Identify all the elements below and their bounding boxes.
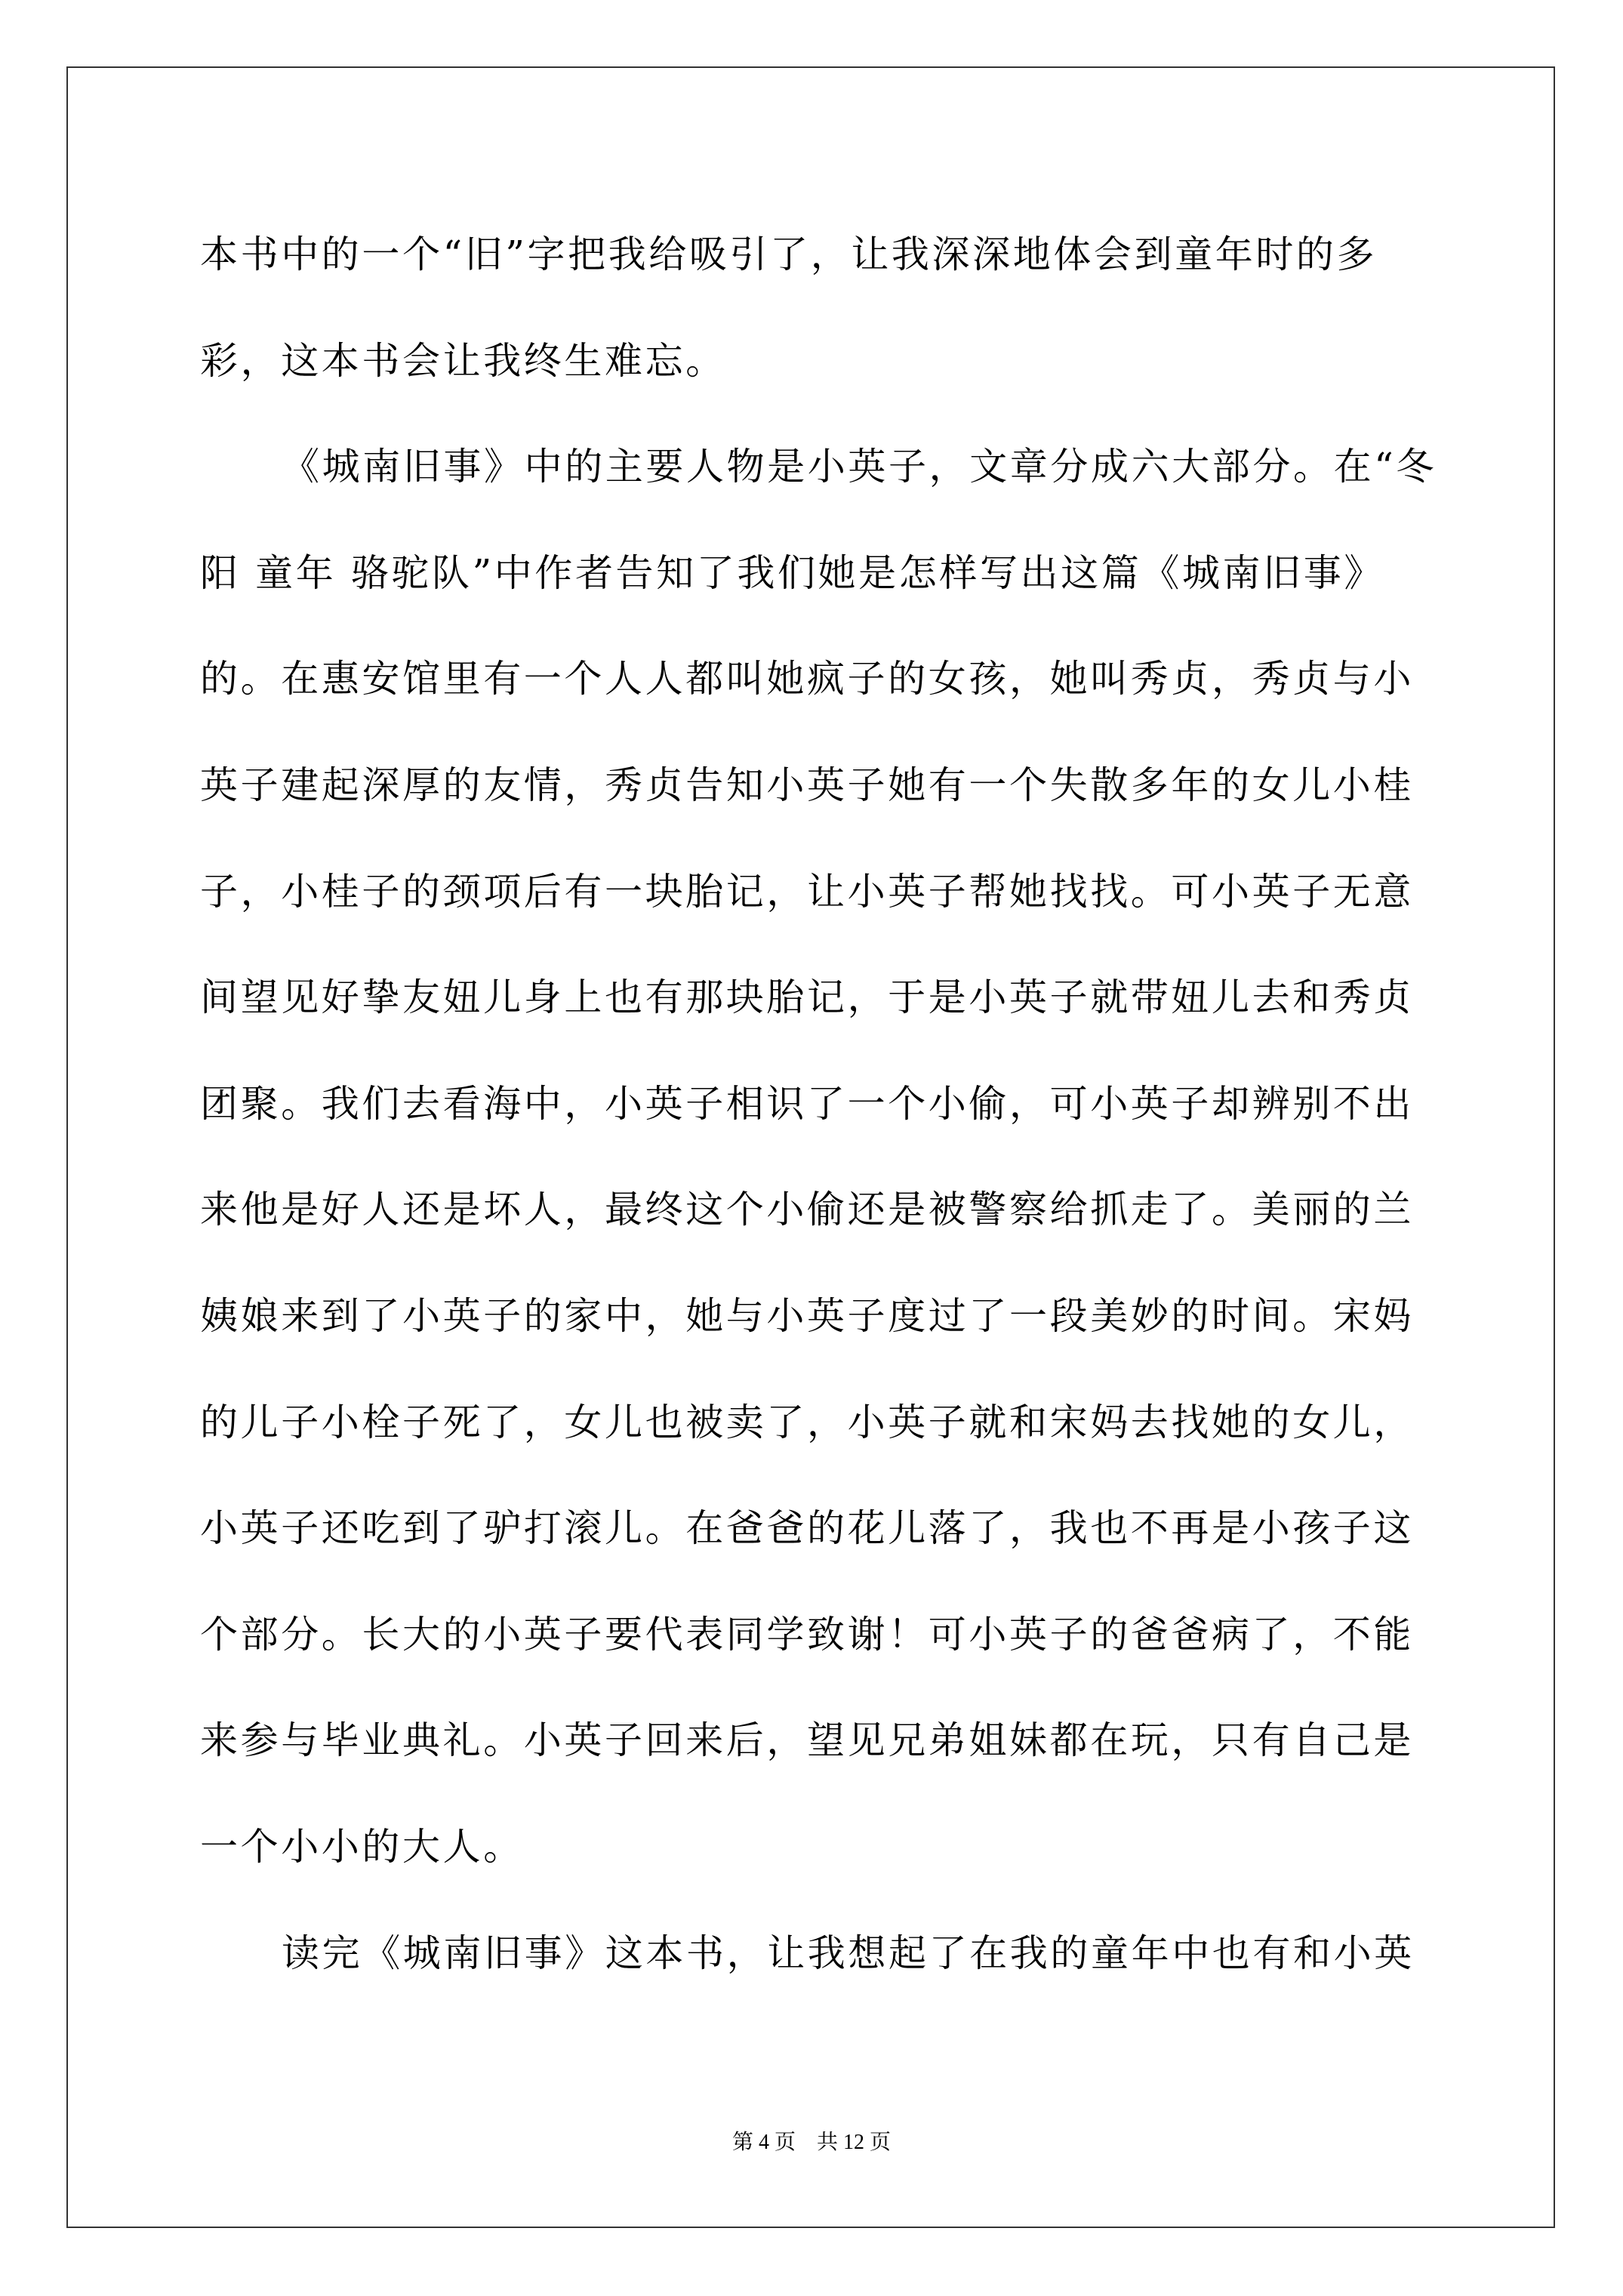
text-line: 团聚。我们去看海中，小英子相识了一个小偷，可小英子却辨别不出 (200, 1070, 1438, 1176)
text-line: 子，小桂子的颈项后有一块胎记，让小英子帮她找找。可小英子无意 (200, 858, 1438, 964)
text-line: 彩，这本书会让我终生难忘。 (200, 327, 1438, 433)
text-line: 阳 童年 骆驼队”中作者告知了我们她是怎样写出这篇《城南旧事》 (200, 539, 1438, 646)
text-line: 来他是好人还是坏人，最终这个小偷还是被警察给抓走了。美丽的兰 (200, 1176, 1438, 1282)
text-line: 英子建起深厚的友情，秀贞告知小英子她有一个失散多年的女儿小桂 (200, 751, 1438, 858)
paragraph-first-line: 读完《城南旧事》这本书，让我想起了在我的童年中也有和小英 (200, 1919, 1438, 2026)
text-line: 本书中的一个“旧”字把我给吸引了，让我深深地体会到童年时的多 (200, 220, 1438, 327)
text-line: 个部分。长大的小英子要代表同学致谢！可小英子的爸爸病了，不能 (200, 1601, 1438, 1707)
text-line: 一个小小的大人。 (200, 1813, 1438, 1919)
text-line: 的儿子小栓子死了，女儿也被卖了，小英子就和宋妈去找她的女儿， (200, 1388, 1438, 1495)
document-body: 本书中的一个“旧”字把我给吸引了，让我深深地体会到童年时的多 彩，这本书会让我终… (200, 220, 1438, 2025)
text-line: 小英子还吃到了驴打滚儿。在爸爸的花儿落了，我也不再是小孩子这 (200, 1494, 1438, 1601)
text-line: 间望见好挚友妞儿身上也有那块胎记，于是小英子就带妞儿去和秀贞 (200, 963, 1438, 1070)
text-line: 的。在惠安馆里有一个人人都叫她疯子的女孩，她叫秀贞，秀贞与小 (200, 645, 1438, 751)
text-line: 姨娘来到了小英子的家中，她与小英子度过了一段美妙的时间。宋妈 (200, 1282, 1438, 1388)
page-number-footer: 第 4 页 共 12 页 (0, 2128, 1623, 2158)
text-line: 来参与毕业典礼。小英子回来后，望见兄弟姐妹都在玩，只有自己是 (200, 1706, 1438, 1813)
paragraph-first-line: 《城南旧事》中的主要人物是小英子，文章分成六大部分。在“冬 (200, 433, 1438, 539)
